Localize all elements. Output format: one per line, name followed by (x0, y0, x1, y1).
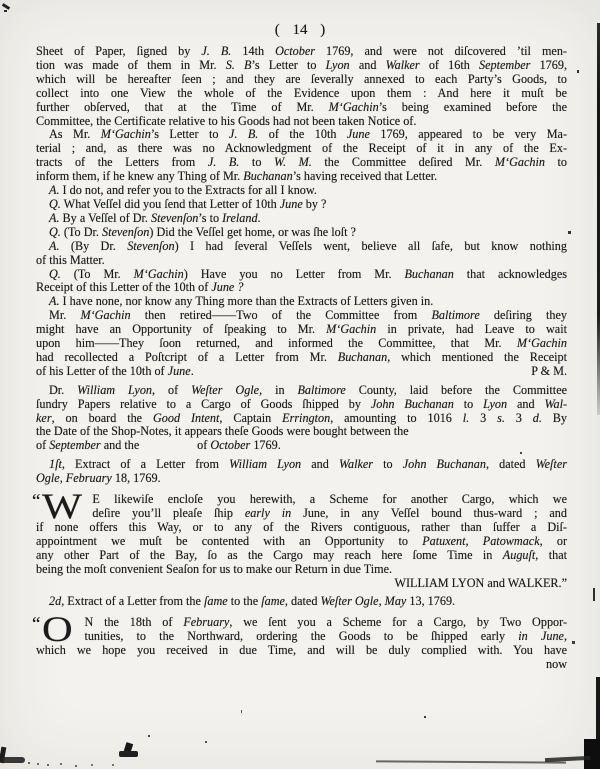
open-quote-mark: “ (32, 618, 39, 631)
italic-run: September (49, 438, 100, 452)
text-line: A. (By Dr. Stevenſon) I had ſeveral Veſſ… (36, 240, 567, 254)
paragraph: Mr. M‘Gachin then retired——Two of the Co… (36, 309, 567, 379)
ink-speck (577, 70, 579, 73)
text-line: of his Letter of the 10th of June.P & M. (36, 365, 567, 379)
italic-run: Stevenſon (151, 211, 198, 225)
text-run: ’s Letter to (251, 58, 325, 72)
text-run: , we ſent you a Scheme for a Cargo, by T… (229, 615, 567, 629)
italic-run: June (347, 127, 370, 141)
text-run: What Veſſel did you ſend that Letter of … (61, 197, 280, 211)
text-run: I do not, and refer you to the Extracts … (60, 183, 317, 197)
paragraph: 2d, Extract of a Letter from the ſame to… (36, 595, 567, 609)
ink-speck (593, 588, 595, 601)
italic-run: 2d (49, 594, 61, 608)
drop-cap-letter: W (42, 493, 82, 520)
text-run: ’s Letter to (151, 127, 229, 141)
ink-speck (241, 710, 242, 713)
right-aligned-line: WILLIAM LYON and WALKER.” (36, 577, 567, 591)
italic-run: Buchanan (404, 267, 453, 281)
text-line: A. By a Veſſel of Dr. Stevenſon’s to Ire… (36, 212, 567, 226)
italic-run: June ? (211, 280, 243, 294)
ink-speck (520, 452, 522, 454)
italic-run: M‘Gachin (101, 127, 151, 141)
text-run: by ? (303, 197, 327, 211)
text-line: Ogle, February 18, 1769. (36, 472, 567, 486)
scan-blot-bottom-left-b (1, 757, 25, 763)
text-run: , of (152, 383, 191, 397)
text-line: Q. (To Mr. M‘Gachin) Have you no Letter … (36, 268, 567, 282)
text-run: upon him——They ſoon returned, and inform… (36, 336, 517, 350)
italic-run: Wal- (544, 397, 567, 411)
quote-paragraph: “ON the 18th of February, we ſent you a … (36, 616, 567, 658)
text-run: that acknowledges (454, 267, 567, 281)
text-run: , dated (486, 457, 536, 471)
text-run: 18, 1769. (112, 471, 161, 485)
text-line: of this Matter. (36, 254, 567, 268)
text-run: and (507, 397, 544, 411)
text-line: being the moſt convenient Seaſon for us … (36, 563, 567, 577)
text-line: terial ; and, as there was no Acknowledg… (36, 142, 567, 156)
paragraph: A. (By Dr. Stevenſon) I had ſeveral Veſſ… (36, 240, 567, 268)
text-run: in private, had Leave to wait (376, 322, 567, 336)
text-line: Q. What Veſſel did you ſend that Letter … (36, 198, 567, 212)
scan-streak-bottom (376, 760, 566, 763)
text-run: . (258, 211, 261, 225)
text-run: County, laid before the Committee (346, 383, 567, 397)
italic-run: Walker (339, 457, 373, 471)
text-line: tion was made of them in Mr. S. B’s Lett… (36, 59, 567, 73)
text-run: ſundry Papers relative to a Cargo of Goo… (36, 397, 371, 411)
text-run: the Committee deſired Mr. (312, 155, 495, 169)
text-run: Receipt of this Letter of the 10th of (36, 280, 211, 294)
italic-run: Weſter Ogle (191, 383, 259, 397)
text-block: Sheet of Paper, ſigned by J. B. 14th Oct… (36, 45, 567, 672)
italic-run: A. (49, 294, 60, 308)
open-quote-mark: “ (32, 495, 39, 508)
italic-run: Baltimore (431, 308, 479, 322)
italic-run: William Lyon (229, 457, 301, 471)
italic-run: John Buchanan (403, 457, 486, 471)
text-run: appointment we muſt be contented with an… (36, 534, 422, 548)
text-run: , Captain (219, 411, 282, 425)
text-line: upon him——They ſoon returned, and inform… (36, 337, 567, 351)
italic-run: Stevenſon (102, 225, 149, 239)
italic-run: Q. (49, 197, 61, 211)
text-line: ker, on board the Good Intent, Captain E… (36, 412, 567, 426)
italic-run: in June (518, 629, 564, 643)
italic-run: M‘Gachin (134, 267, 184, 281)
text-run: As Mr. (49, 127, 101, 141)
ink-speck (424, 716, 426, 718)
italic-run: June (280, 197, 303, 211)
paragraph: A. I do not, and refer you to the Extrac… (36, 184, 567, 198)
italic-run: Ireland (222, 211, 257, 225)
text-run: ’s having received that Letter. (293, 169, 438, 183)
text-run: to (545, 155, 567, 169)
text-line: inform them, if he knew any Thing of Mr.… (36, 170, 567, 184)
text-line: 1ſt, Extract of a Letter from William Ly… (36, 458, 567, 472)
italic-run: ker (36, 411, 52, 425)
text-run: 1769, appeared to be very Ma- (370, 127, 567, 141)
ink-speck (568, 231, 571, 234)
italic-run: William Lyon (77, 383, 152, 397)
text-run: Sheet of Paper, ſigned by (36, 44, 201, 58)
text-run: (To Mr. (61, 267, 134, 281)
text-run: now (546, 657, 567, 671)
italic-run: M‘Gachin (517, 336, 567, 350)
text-run: terial ; and, as there was no Acknowledg… (36, 141, 567, 155)
text-run: ) Have you no Letter from Mr. (184, 267, 405, 281)
text-line: A. I have none, nor know any Thing more … (36, 295, 567, 309)
italic-run: ſame (261, 594, 285, 608)
text-run: and the of (101, 438, 211, 452)
text-run: , which mentioned the Receipt (387, 350, 567, 364)
text-run: 14th (231, 44, 275, 58)
text-line: had recollected a Poſtcript of a Letter … (36, 351, 567, 365)
paragraph: Sheet of Paper, ſigned by J. B. 14th Oct… (36, 45, 567, 128)
text-line: if none offers this Way, or to any of th… (36, 521, 567, 535)
text-run: tunities, to the Northward, ordering the… (84, 629, 518, 643)
italic-run: M‘Gachin (329, 100, 379, 114)
text-line: N the 18th of February, we ſent you a Sc… (36, 616, 567, 630)
text-run: By (542, 411, 567, 425)
text-run: Committee, the Certificate relative to h… (36, 114, 416, 128)
italic-run: Lyon (483, 397, 507, 411)
italic-run: Weſter Ogle (320, 594, 378, 608)
text-run: any other Part of the Bay, ſo as the Car… (36, 548, 503, 562)
italic-run: Patuxent (422, 534, 465, 548)
text-line: Mr. M‘Gachin then retired——Two of the Co… (36, 309, 567, 323)
italic-run: John Buchanan (371, 397, 454, 411)
italic-run: W. M. (274, 155, 312, 169)
text-run: By a Veſſel of Dr. (60, 211, 152, 225)
italic-run: A. (49, 211, 60, 225)
printer-signature-mark-b (119, 751, 138, 757)
italic-run: Lyon (326, 58, 350, 72)
text-run: WILLIAM LYON and WALKER.” (394, 576, 567, 590)
text-run: . (191, 364, 194, 378)
italic-run: Errington (282, 411, 330, 425)
text-run: , in (259, 383, 297, 397)
text-run: of (36, 438, 49, 452)
text-run: (To Dr. (61, 225, 102, 239)
text-run: I have none, nor know any Thing more tha… (60, 294, 434, 308)
text-line: which will be hereafter ſeen ; and they … (36, 73, 567, 87)
text-run: might have an Opportunity of ſpeaking to… (36, 322, 326, 336)
text-run: and (350, 58, 386, 72)
text-run: (By Dr. (60, 239, 128, 253)
text-run: ) Did the Veſſel get home, or was ſhe lo… (149, 225, 356, 239)
italic-run: S. B (226, 58, 252, 72)
drop-cap-letter: O (42, 616, 73, 643)
text-run: of his Letter of the 10th of (36, 364, 168, 378)
text-run: to (454, 397, 483, 411)
italic-run: J. B. (229, 127, 258, 141)
paragraph: As Mr. M‘Gachin’s Letter to J. B. of the… (36, 128, 567, 184)
text-line: the Date of the Shop-Notes, it appears t… (36, 425, 567, 439)
italic-run: M‘Gachin (326, 322, 376, 336)
text-line: Dr. William Lyon, of Weſter Ogle, in Bal… (36, 384, 567, 398)
ink-speck (205, 741, 207, 743)
text-line: 2d, Extract of a Letter from the ſame to… (36, 595, 567, 609)
text-run: being the moſt convenient Seaſon for us … (36, 562, 392, 576)
text-line: tracts of the Letters from J. B. to W. M… (36, 156, 567, 170)
text-run: , or (540, 534, 567, 548)
text-run: June, in any Veſſel bound thus-ward ; an… (291, 506, 567, 520)
drop-cap: “W (32, 493, 82, 520)
text-run: , Extract of a Letter from (62, 457, 229, 471)
paragraph: 1ſt, Extract of a Letter from William Ly… (36, 458, 567, 486)
text-line: of September and the of October 1769. (36, 439, 567, 453)
paragraph: Q. (To Mr. M‘Gachin) Have you no Letter … (36, 268, 567, 296)
italic-run: Auguſt (503, 548, 536, 562)
scan-corner-blot-bottom-right (584, 739, 600, 769)
italic-run: Baltimore (297, 383, 345, 397)
text-run: further obſerved, that at the Time of Mr… (36, 100, 329, 114)
ink-speck (572, 641, 575, 644)
italic-run: M‘Gachin (80, 308, 130, 322)
text-line: appointment we muſt be contented with an… (36, 535, 567, 549)
text-run: inform them, if he knew any Thing of Mr. (36, 169, 243, 183)
italic-run: ſame (204, 594, 228, 608)
italic-run: Q. (49, 225, 61, 239)
italic-run: February (183, 615, 229, 629)
italic-run: February (66, 471, 112, 485)
text-run: if none offers this Way, or to any of th… (36, 520, 567, 534)
text-line: A. I do not, and refer you to the Extrac… (36, 184, 567, 198)
text-line: further obſerved, that at the Time of Mr… (36, 101, 567, 115)
text-run: deſire you’ll pleaſe ſhip (92, 506, 244, 520)
text-line: deſire you’ll pleaſe ſhip early in June,… (36, 507, 567, 521)
text-run: ) I had ſeveral Veſſels went, believe al… (175, 239, 567, 253)
text-line: Q. (To Dr. Stevenſon) Did the Veſſel get… (36, 226, 567, 240)
text-run: 1769, (530, 58, 567, 72)
text-run: 13, 1769. (406, 594, 455, 608)
italic-run: September (479, 58, 530, 72)
text-run: 1769, and were not diſcovered ’til men- (315, 44, 567, 58)
text-line: collect into one View the whole of the E… (36, 87, 567, 101)
text-line: might have an Opportunity of ſpeaking to… (36, 323, 567, 337)
text-run: then retired——Two of the Committee from (131, 308, 432, 322)
text-run: , dated (285, 594, 321, 608)
italic-run: Q. (49, 267, 61, 281)
italic-run: M‘Gachin (495, 155, 545, 169)
italic-run: Ogle (36, 471, 60, 485)
text-run: which we hope you received in due Time, … (36, 643, 567, 657)
italic-run: J. B. (201, 44, 231, 58)
paragraph: A. I have none, nor know any Thing more … (36, 295, 567, 309)
text-run: 3 (505, 411, 533, 425)
text-run: , amounting to 1016 (330, 411, 463, 425)
text-run: to (239, 155, 274, 169)
paragraph: A. By a Veſſel of Dr. Stevenſon’s to Ire… (36, 212, 567, 226)
italic-run: Buchanan (243, 169, 292, 183)
text-line: ſundry Papers relative to a Cargo of Goo… (36, 398, 567, 412)
italic-run: A. (49, 239, 60, 253)
text-run: , on board the (52, 411, 153, 425)
text-run: ’s to (198, 211, 222, 225)
text-run: to (373, 457, 403, 471)
text-run: of this Matter. (36, 253, 105, 267)
text-run: of the 10th (258, 127, 347, 141)
text-line: Committee, the Certificate relative to h… (36, 115, 567, 129)
text-line: tunities, to the Northward, ordering the… (36, 630, 567, 644)
italic-run: early in (245, 506, 291, 520)
italic-run: d. (533, 411, 542, 425)
italic-run: s. (497, 411, 505, 425)
paragraph: Q. (To Dr. Stevenſon) Did the Veſſel get… (36, 226, 567, 240)
text-run: E likewiſe encloſe you herewith, a Schem… (92, 492, 567, 506)
right-aligned-line: now (36, 658, 567, 672)
text-run: the Date of the Shop-Notes, it appears t… (36, 424, 409, 438)
text-run: Dr. (49, 383, 77, 397)
ink-speckles-bottom-left (28, 762, 30, 764)
ink-speck (148, 735, 150, 737)
text-run: tion was made of them in Mr. (36, 58, 226, 72)
paragraph: Q. What Veſſel did you ſend that Letter … (36, 198, 567, 212)
text-line: any other Part of the Bay, ſo as the Car… (36, 549, 567, 563)
page-number-header: ( 14 ) (0, 22, 600, 39)
text-run: collect into one View the whole of the E… (36, 86, 567, 100)
quote-paragraph: “WE likewiſe encloſe you herewith, a Sch… (36, 493, 567, 576)
italic-run: A. (49, 183, 60, 197)
italic-run: Walker (386, 58, 420, 72)
text-run: , Extract of a Letter from the (61, 594, 204, 608)
tail-right-text: P & M. (531, 365, 567, 379)
drop-cap: “O (32, 616, 74, 643)
text-run: ’s being examined before the (379, 100, 567, 114)
text-run: which will be hereafter ſeen ; and they … (36, 72, 567, 86)
text-run: Mr. (49, 308, 80, 322)
italic-run: 1ſt (49, 457, 62, 471)
scanned-page: ( 14 ) Sheet of Paper, ſigned by J. B. 1… (0, 0, 600, 769)
text-run: 1769. (250, 438, 280, 452)
italic-run: Stevenſon (127, 239, 174, 253)
text-run: , (564, 629, 567, 643)
text-run: to the (228, 594, 262, 608)
italic-run: Patowmack (483, 534, 540, 548)
text-run: , (466, 534, 483, 548)
italic-run: Good Intent (153, 411, 219, 425)
text-run: of 16th (420, 58, 479, 72)
text-line: As Mr. M‘Gachin’s Letter to J. B. of the… (36, 128, 567, 142)
italic-run: May (385, 594, 407, 608)
scan-mark-top-left (2, 3, 10, 10)
italic-run: June (168, 364, 191, 378)
italic-run: October (210, 438, 250, 452)
italic-run: October (275, 44, 315, 58)
text-run: had recollected a Poſtcript of a Letter … (36, 350, 338, 364)
text-line: Sheet of Paper, ſigned by J. B. 14th Oct… (36, 45, 567, 59)
text-run: N the 18th of (84, 615, 183, 629)
text-line: E likewiſe encloſe you herewith, a Schem… (36, 493, 567, 507)
text-run: and (301, 457, 339, 471)
italic-run: J. B. (208, 155, 240, 169)
text-line: which we hope you received in due Time, … (36, 644, 567, 658)
paragraph: Dr. William Lyon, of Weſter Ogle, in Bal… (36, 384, 567, 454)
text-run: 3 (469, 411, 497, 425)
text-line: Receipt of this Letter of the 10th of Ju… (36, 281, 567, 295)
italic-run: Buchanan (338, 350, 387, 364)
scan-mark-top-left-dot (4, 10, 7, 12)
text-run: deſiring they (480, 308, 567, 322)
italic-run: Weſter (536, 457, 567, 471)
text-run: tracts of the Letters from (36, 155, 208, 169)
text-run: , that (535, 548, 567, 562)
